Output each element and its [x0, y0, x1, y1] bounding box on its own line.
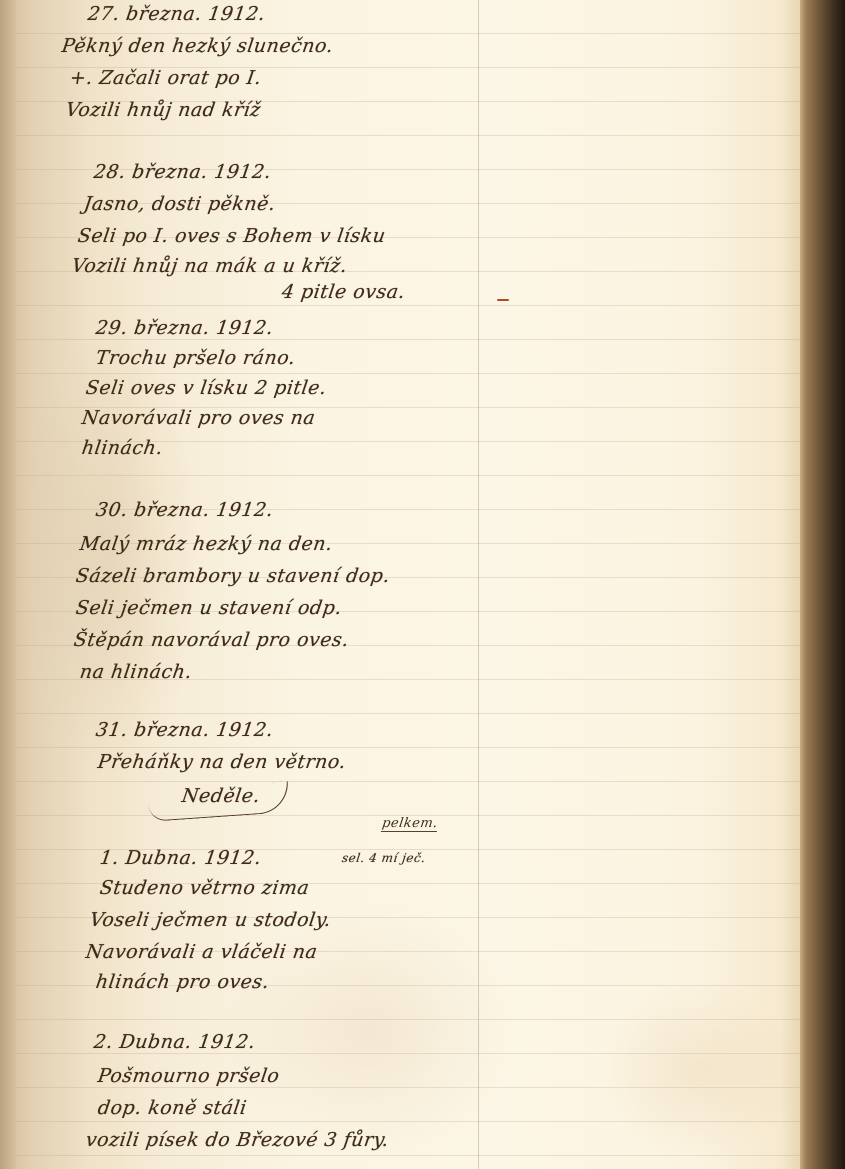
paper-stain	[600, 980, 800, 1160]
book-page-edge	[800, 0, 845, 1169]
entry-date: 2. Dubna. 1912.	[92, 1030, 257, 1054]
entry-line: vozili písek do Březové 3 fůry.	[84, 1128, 390, 1152]
entry-line: Malý mráz hezký na den.	[78, 532, 334, 556]
paper-stain	[220, 900, 520, 1160]
binding-shadow	[0, 0, 16, 1169]
entry-line: Studeno větrno zima	[98, 876, 311, 900]
entry-line: Trochu pršelo ráno.	[94, 346, 297, 370]
entry-line: hlinách.	[80, 436, 164, 460]
margin-annotation: pelkem.	[381, 816, 439, 832]
entry-line: Jasno, dosti pěkně.	[82, 192, 277, 216]
entry-line: Vozili hnůj na mák a u kříž.	[70, 254, 349, 278]
entry-line: Voseli ječmen u stodoly.	[88, 908, 332, 932]
red-ink-mark	[497, 299, 509, 301]
entry-line: Navorávali pro oves na	[80, 406, 317, 430]
page-margin-line	[478, 0, 479, 1169]
entry-line: Seli oves v lísku 2 pitle.	[84, 376, 328, 400]
entry-line: na hlinách.	[78, 660, 193, 684]
entry-date: 31. března. 1912.	[94, 718, 275, 742]
entry-line: Pošmourno pršelo	[96, 1064, 281, 1088]
entry-date: 30. března. 1912.	[94, 498, 275, 522]
entry-date: 1. Dubna. 1912.	[98, 846, 263, 870]
entry-line: Vozili hnůj nad kříž	[64, 98, 262, 122]
decorative-underline	[147, 781, 290, 822]
entry-line: dop. koně stáli	[96, 1096, 248, 1120]
entry-line: Přeháňky na den větrno.	[96, 750, 347, 774]
entry-line: Seli po I. oves s Bohem v lísku	[76, 224, 387, 248]
entry-line: Navorávali a vláčeli na	[84, 940, 319, 964]
entry-line: Seli ječmen u stavení odp.	[74, 596, 343, 620]
diary-page: 27. března. 1912. Pěkný den hezký sluneč…	[0, 0, 845, 1169]
entry-line: Sázeli brambory u stavení dop.	[74, 564, 391, 588]
date-annotation: sel. 4 mí ječ.	[340, 846, 427, 870]
entry-line: Pěkný den hezký slunečno.	[60, 34, 335, 58]
entry-date: 29. března. 1912.	[94, 316, 275, 340]
entry-date: 28. března. 1912.	[92, 160, 273, 184]
entry-line: hlinách pro oves.	[94, 970, 271, 994]
entry-line: Štěpán navorával pro oves.	[72, 628, 350, 652]
entry-date: 27. března. 1912.	[86, 2, 267, 26]
entry-line: 4 pitle ovsa.	[280, 280, 407, 304]
entry-line: +. Začali orat po I.	[68, 66, 263, 90]
